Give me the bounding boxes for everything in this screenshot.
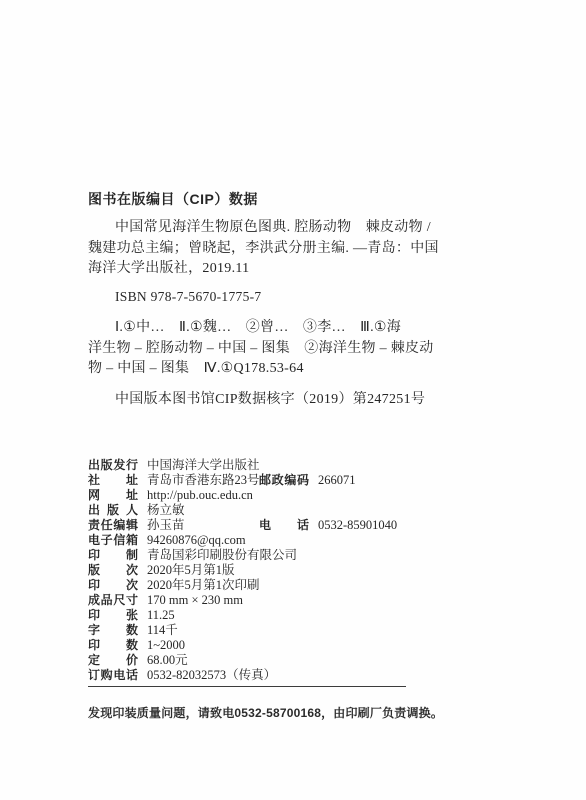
website-row: 网址 http://pub.ouc.edu.cn [88,488,397,503]
editor-row: 责任编辑 孙玉苗 电话 0532-85901040 [88,518,397,533]
printer-value: 青岛国彩印刷股份有限公司 [147,548,297,563]
word-count-row: 字数 114千 [88,623,397,638]
cip-heading: 图书在版编目（CIP）数据 [88,190,518,208]
classification-line-2: 洋生物 – 腔肠动物 – 中国 – 图集 ②海洋生物 – 棘皮动 [88,339,518,360]
cip-registry-number: 中国版本图书馆CIP数据核字（2019）第247251号 [88,390,518,411]
publisher-person-label: 出版人 [88,503,138,518]
publisher-value: 中国海洋大学出版社 [147,458,260,473]
sheets-label: 印张 [88,608,138,623]
address-row: 社址 青岛市香港东路23号 邮政编码 266071 [88,473,397,488]
address-label: 社址 [88,473,138,488]
printer-row: 印制 青岛国彩印刷股份有限公司 [88,548,397,563]
publisher-person-row: 出版人 杨立敏 [88,503,397,518]
word-count-label: 字数 [88,623,138,638]
cip-bib-line-1: 中国常见海洋生物原色图典. 腔肠动物 棘皮动物 / [88,218,518,239]
price-label: 定价 [88,653,138,668]
editor-label: 责任编辑 [88,518,138,533]
price-value: 68.00元 [147,653,188,668]
trim-size-label: 成品尺寸 [88,593,138,608]
edition-label: 版次 [88,563,138,578]
editor-value: 孙玉苗 [147,518,259,533]
edition-value: 2020年5月第1版 [147,563,235,578]
isbn-line: ISBN 978-7-5670-1775-7 [88,287,518,308]
trim-size-value: 170 mm × 230 mm [147,593,243,608]
trim-size-row: 成品尺寸 170 mm × 230 mm [88,593,397,608]
phone-value: 0532-85901040 [318,518,397,533]
classification-line-3: 物 – 中国 – 图集 Ⅳ.①Q178.53-64 [88,359,518,380]
order-phone-row: 订购电话 0532-82032573（传真） [88,668,397,683]
email-row: 电子信箱 94260876@qq.com [88,533,397,548]
cip-block: 图书在版编目（CIP）数据 中国常见海洋生物原色图典. 腔肠动物 棘皮动物 / … [88,190,518,410]
print-run-label: 印数 [88,638,138,653]
cip-bib-line-2: 魏建功总主编；曾晓起，李洪武分册主编. —青岛：中国 [88,239,518,260]
order-phone-label: 订购电话 [88,668,138,683]
cip-classification: Ⅰ.①中… Ⅱ.①魏… ②曾… ③李… Ⅲ.①海 洋生物 – 腔肠动物 – 中国… [88,318,518,380]
edition-row: 版次 2020年5月第1版 [88,563,397,578]
postcode-value: 266071 [318,473,356,488]
word-count-value: 114千 [147,623,178,638]
order-phone-value: 0532-82032573（传真） [147,668,276,683]
website-label: 网址 [88,488,138,503]
website-value: http://pub.ouc.edu.cn [147,488,253,503]
impression-row: 印次 2020年5月第1次印刷 [88,578,397,593]
publisher-row: 出版发行 中国海洋大学出版社 [88,458,397,473]
colophon-block: 出版发行 中国海洋大学出版社 社址 青岛市香港东路23号 邮政编码 266071… [88,458,397,683]
address-value: 青岛市香港东路23号 [147,473,259,488]
printer-label: 印制 [88,548,138,563]
email-label: 电子信箱 [88,533,138,548]
publisher-label: 出版发行 [88,458,138,473]
publisher-person-value: 杨立敏 [147,503,185,518]
footer-divider [88,686,406,687]
postcode-label: 邮政编码 [259,473,309,488]
classification-line-1: Ⅰ.①中… Ⅱ.①魏… ②曾… ③李… Ⅲ.①海 [88,318,518,339]
impression-value: 2020年5月第1次印刷 [147,578,260,593]
book-copyright-page: 图书在版编目（CIP）数据 中国常见海洋生物原色图典. 腔肠动物 棘皮动物 / … [0,0,586,800]
impression-label: 印次 [88,578,138,593]
price-row: 定价 68.00元 [88,653,397,668]
print-run-value: 1~2000 [147,638,185,653]
phone-label: 电话 [259,518,309,533]
print-run-row: 印数 1~2000 [88,638,397,653]
email-value: 94260876@qq.com [147,533,246,548]
cip-bib-line-3: 海洋大学出版社，2019.11 [88,259,518,280]
sheets-row: 印张 11.25 [88,608,397,623]
sheets-value: 11.25 [147,608,175,623]
quality-notice: 发现印装质量问题，请致电0532-58700168，由印刷厂负责调换。 [88,706,558,721]
